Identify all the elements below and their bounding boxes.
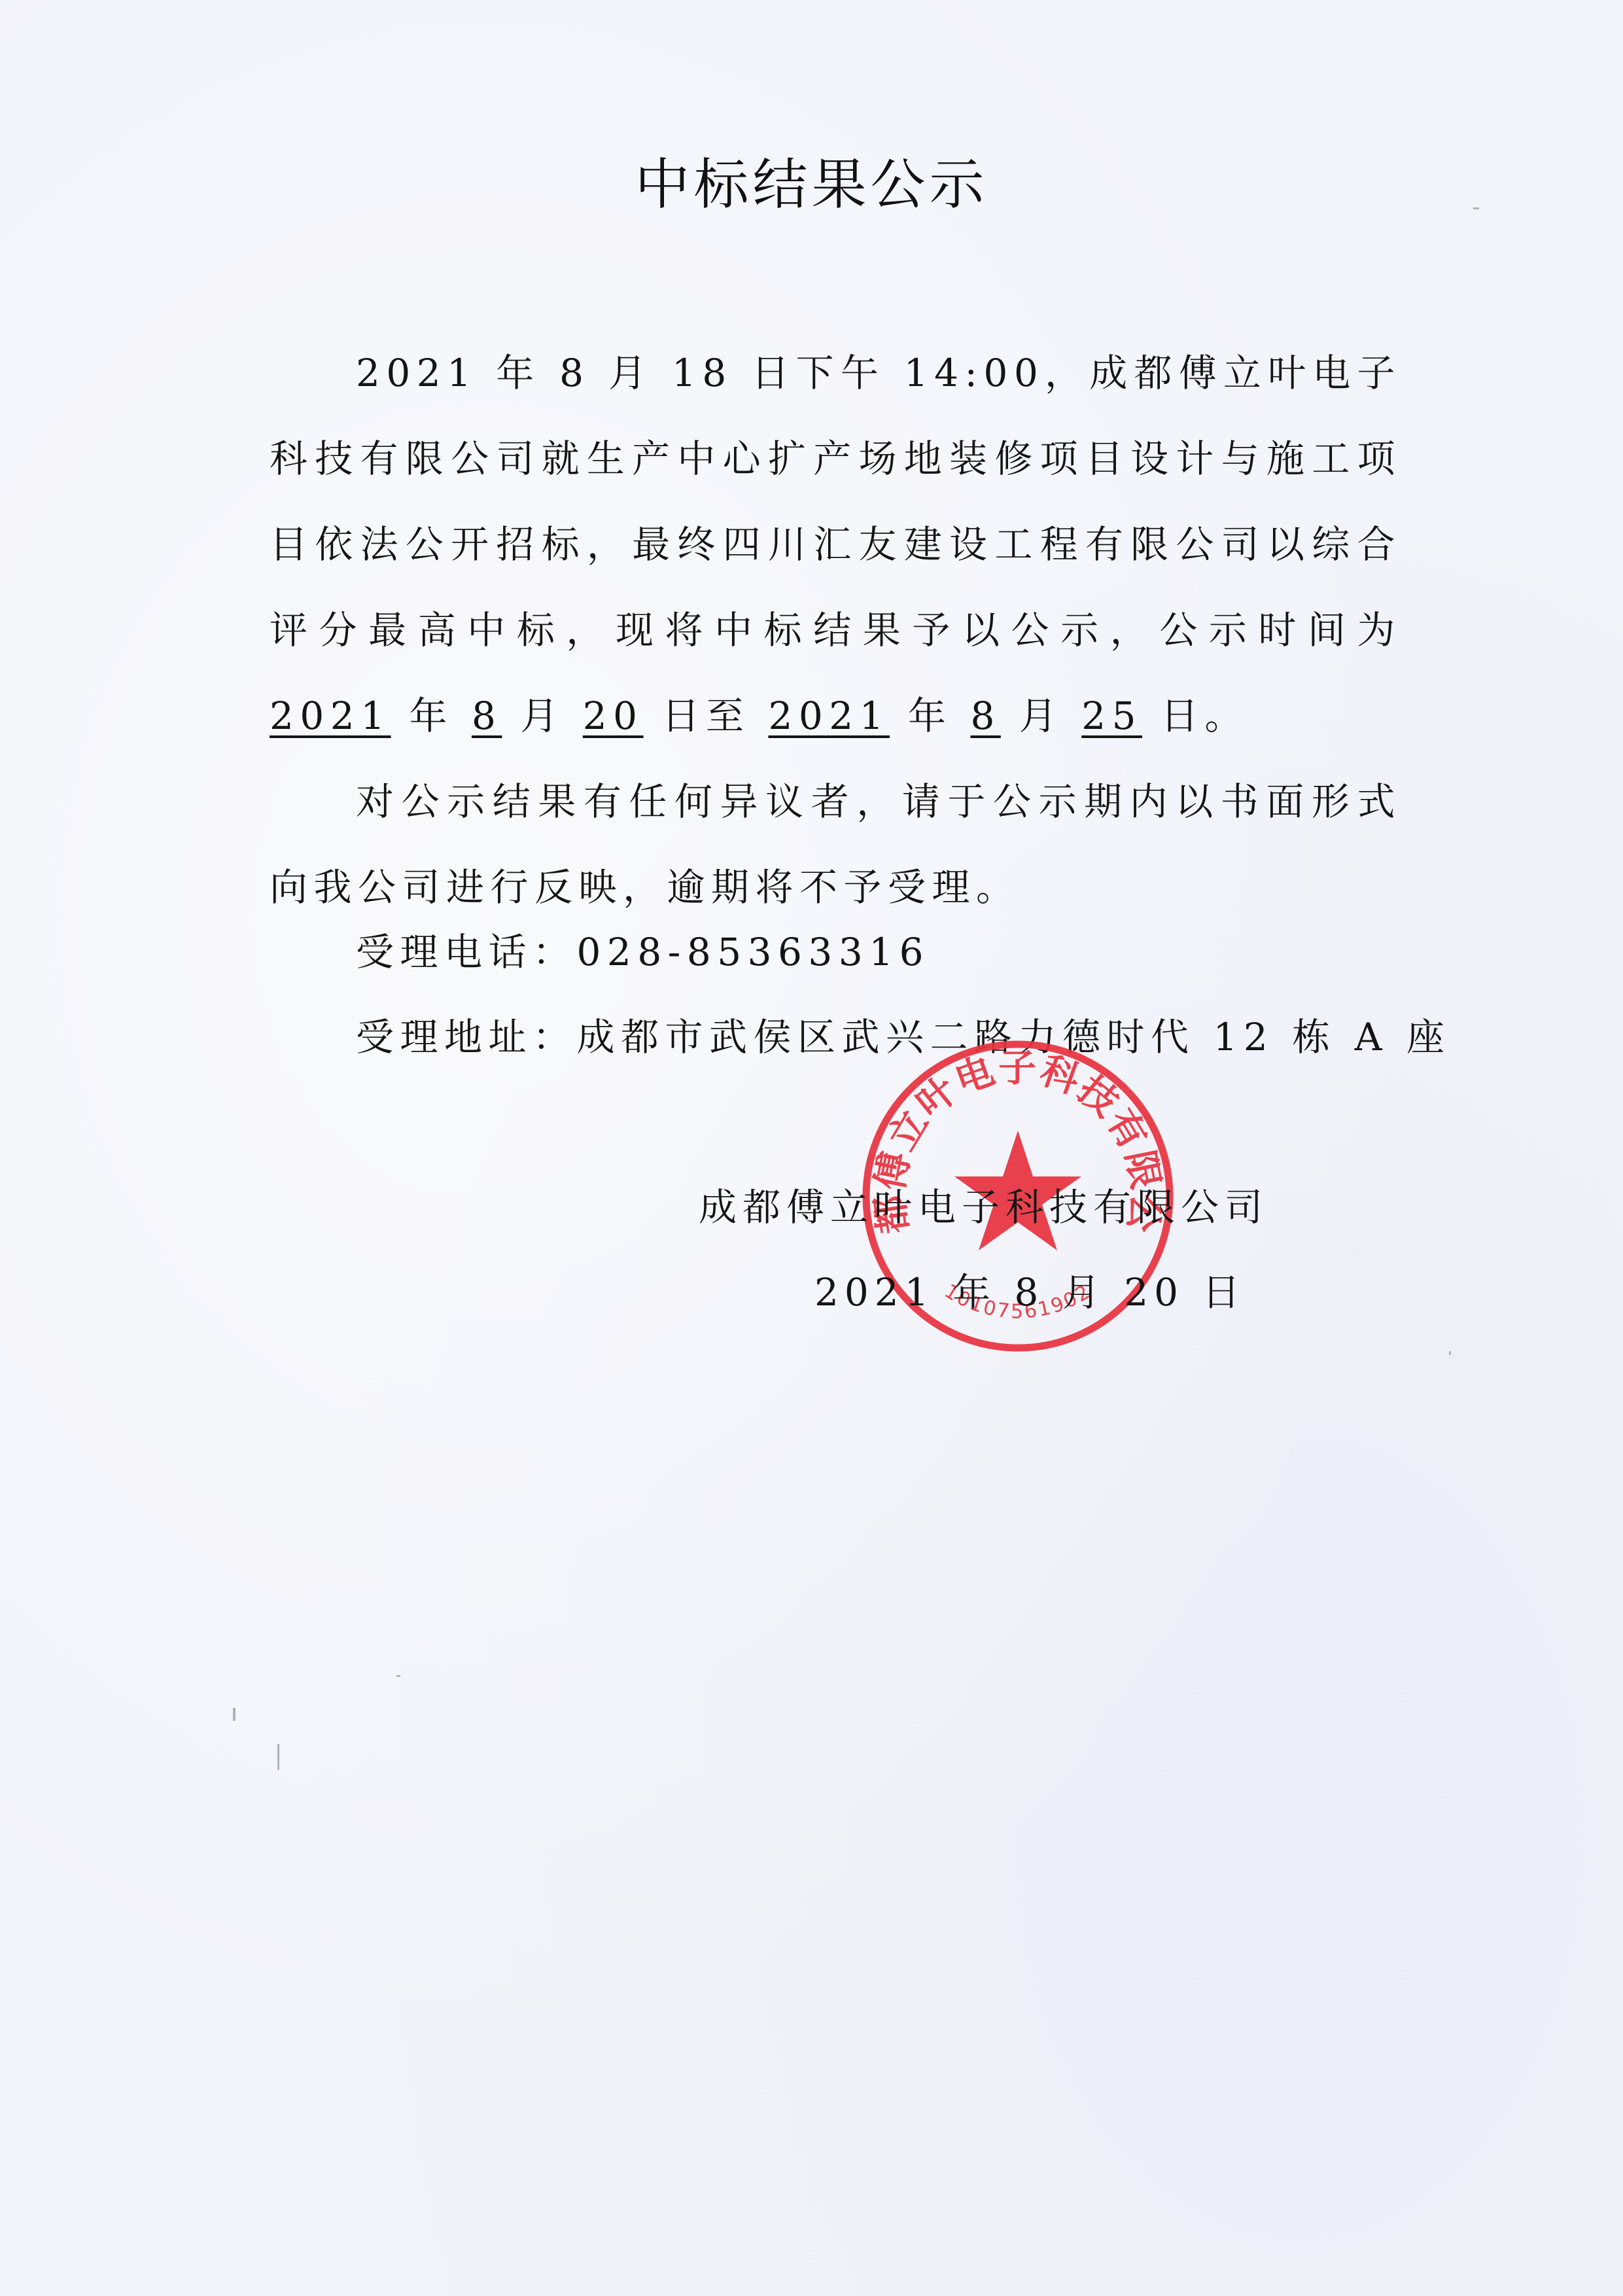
scan-speck bbox=[277, 1744, 279, 1770]
scan-speck bbox=[1473, 207, 1479, 209]
phone-label: 受理电话： bbox=[356, 930, 577, 974]
text-month-2: 月 bbox=[1001, 694, 1081, 738]
text-to: 日至 bbox=[644, 694, 769, 738]
scanned-page: 中标结果公示 2021 年 8 月 18 日下午 14:00，成都傅立叶电子科技… bbox=[0, 0, 1623, 2296]
text-month: 月 bbox=[502, 694, 582, 738]
scan-speck bbox=[1449, 1351, 1451, 1355]
text-end: 日。 bbox=[1142, 694, 1249, 738]
start-day: 20 bbox=[583, 694, 644, 738]
signature-company: 成都傅立叶电子科技有限公司 bbox=[699, 1181, 1268, 1233]
paragraph-text: 2021 年 8 月 18 日下午 14:00，成都傅立叶电子科技有限公司就生产… bbox=[270, 351, 1401, 652]
signature-date: 2021 年 8 月 20 日 bbox=[814, 1266, 1246, 1318]
objection-paragraph: 对公示结果有任何异议者，请于公示期内以书面形式向我公司进行反映，逾期将不予受理。 bbox=[270, 759, 1401, 930]
phone-number: 028-85363316 bbox=[577, 930, 930, 974]
end-year: 2021 bbox=[768, 694, 890, 738]
start-year: 2021 bbox=[270, 694, 391, 738]
scan-speck bbox=[396, 1675, 400, 1677]
text-year-2: 年 bbox=[890, 694, 970, 738]
end-day: 25 bbox=[1081, 694, 1142, 738]
announcement-paragraph: 2021 年 8 月 18 日下午 14:00，成都傅立叶电子科技有限公司就生产… bbox=[270, 330, 1401, 759]
document-body: 2021 年 8 月 18 日下午 14:00，成都傅立叶电子科技有限公司就生产… bbox=[270, 330, 1401, 930]
address-label: 受理地址： bbox=[356, 1015, 577, 1059]
phone-line: 受理电话：028-85363316 bbox=[356, 926, 930, 978]
text-year: 年 bbox=[391, 694, 472, 738]
document-title: 中标结果公示 bbox=[0, 152, 1623, 217]
end-month: 8 bbox=[970, 694, 1000, 738]
start-month: 8 bbox=[472, 694, 502, 738]
scan-speck bbox=[233, 1708, 236, 1721]
